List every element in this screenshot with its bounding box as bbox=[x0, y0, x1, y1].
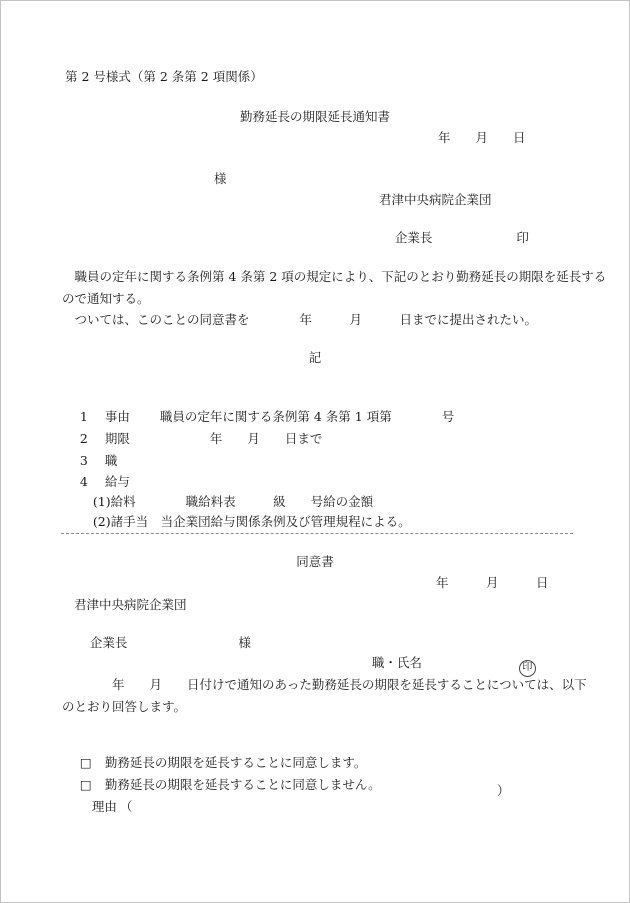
issuer-org: 君津中央病院企業団 bbox=[379, 192, 492, 208]
document-page: 第 2 号様式（第 2 条第 2 項関係） 勤務延長の期限延長通知書 年 月 日… bbox=[0, 0, 630, 903]
consent-addressee-line: 企業長様 bbox=[74, 619, 251, 667]
notice-body-line: 職員の定年に関する条例第 4 条第 2 項の規定により、下記のとおり勤務延長の期… bbox=[62, 269, 606, 285]
issuer-line: 企業長印 bbox=[379, 214, 529, 262]
signature-label: 職・氏名 bbox=[372, 655, 422, 670]
reason-label: 理由 bbox=[92, 799, 117, 814]
consent-addressee-honorific: 様 bbox=[238, 635, 251, 650]
issuer-title: 企業長 bbox=[395, 230, 433, 245]
consent-addressee-title: 企業長 bbox=[90, 635, 128, 650]
seal-icon: 印 bbox=[519, 660, 536, 677]
record-heading: 記 bbox=[1, 350, 629, 366]
form-number: 第 2 号様式（第 2 条第 2 項関係） bbox=[65, 69, 263, 85]
consent-org: 君津中央病院企業団 bbox=[74, 597, 187, 613]
reason-paren-close: ） bbox=[497, 783, 510, 799]
notice-title: 勤務延長の期限延長通知書 bbox=[1, 109, 629, 125]
item-value: 年 月 日まで bbox=[160, 431, 323, 446]
notice-date-line: 年 月 日 bbox=[438, 130, 526, 146]
subitem-label: (2)諸手当 bbox=[93, 514, 148, 529]
reason-line: 理由（） bbox=[76, 783, 516, 831]
consent-date-line: 年 月 日 bbox=[436, 575, 549, 591]
consent-title: 同意書 bbox=[1, 554, 629, 570]
section-divider bbox=[61, 533, 573, 534]
notice-body-line: ので通知する。 bbox=[62, 291, 150, 307]
addressee-honorific: 様 bbox=[214, 171, 227, 187]
reason-paren-open: （ bbox=[120, 799, 133, 814]
consent-body-line: のとおり回答します。 bbox=[62, 699, 186, 715]
seal-placeholder: 印 bbox=[516, 230, 529, 245]
subitem-value: 当企業団給与関係条例及び管理規程による。 bbox=[148, 514, 411, 529]
subitem-row: (2)諸手当 当企業団給与関係条例及び管理規程による。 bbox=[77, 498, 411, 546]
consent-body-line: 年 月 日付けで通知のあった勤務延長の期限を延長することについては、以下 bbox=[62, 677, 587, 693]
request-line: ついては、このことの同意書を 年 月 日までに提出されたい。 bbox=[62, 312, 537, 328]
